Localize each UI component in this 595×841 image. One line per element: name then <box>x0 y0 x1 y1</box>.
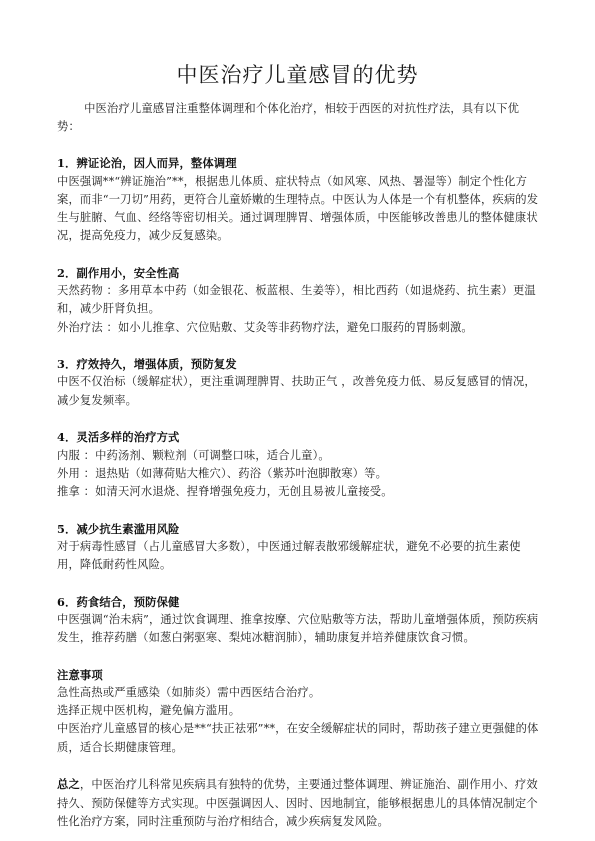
section-heading: 5．减少抗生素滥用风险 <box>57 520 541 538</box>
section-line: 内服 ：中药汤剂、颗粒剂（可调整口味，适合儿童）。 <box>57 447 541 465</box>
section-line: 急性高热或严重感染（如肺炎）需中西医结合治疗。 <box>57 684 541 702</box>
section-line: 外用 ：退热贴（如薄荷贴大椎穴）、药浴（紫苏叶泡脚散寒）等。 <box>57 465 541 483</box>
section-heading: 1．辨证论治，因人而异，整体调理 <box>57 154 541 172</box>
section-heading: 2．副作用小，安全性高 <box>57 264 541 282</box>
section-heading: 6．药食结合，预防保健 <box>57 593 541 611</box>
section-line: 推拿 ：如清天河水退烧、捏脊增强免疫力，无创且易被儿童接受。 <box>57 483 541 501</box>
section-antibiotics: 5．减少抗生素滥用风险 对于病毒性感冒（占儿童感冒大多数），中医通过解表散邪缓解… <box>57 520 541 575</box>
section-safety: 2．副作用小，安全性高 天然药物 ：多用草本中药（如金银花、板蓝根、生姜等），相… <box>57 264 541 337</box>
section-line: 天然药物 ：多用草本中药（如金银花、板蓝根、生姜等），相比西药（如退烧药、抗生素… <box>57 282 541 318</box>
section-line: 选择正规中医机构，避免偏方滥用。 <box>57 702 541 720</box>
section-paragraph: 对于病毒性感冒（占儿童感冒大多数），中医通过解表散邪缓解症状，避免不必要的抗生素… <box>57 538 541 574</box>
summary-text: ，中医治疗儿科常见疾病具有独特的优势，主要通过整体调理、辨证施治、副作用小、疗效… <box>57 778 538 827</box>
section-differentiation: 1．辨证论治，因人而异，整体调理 中医强调**“辨证施治”**，根据患儿体质、症… <box>57 154 541 245</box>
section-paragraph: 中医不仅治标（缓解症状），更注重调理脾胃、扶助正气 ，改善免疫力低、易反复感冒的… <box>57 373 541 409</box>
section-paragraph: 中医强调**“辨证施治”**，根据患儿体质、症状特点（如风寒、风热、暑湿等）制定… <box>57 173 541 246</box>
section-paragraph: 中医强调“治未病”，通过饮食调理、推拿按摩、穴位贴敷等方法，帮助儿童增强体质，预… <box>57 611 541 647</box>
section-line: 外治疗法 ：如小儿推拿、穴位贴敷、艾灸等非药物疗法，避免口服药的胃肠刺激。 <box>57 319 541 337</box>
section-line: 中医治疗儿童感冒的核心是**“扶正祛邪”**，在安全缓解症状的同时，帮助孩子建立… <box>57 720 541 756</box>
section-heading: 4．灵活多样的治疗方式 <box>57 428 541 446</box>
document-body: 中医治疗儿童感冒注重整体调理和个体化治疗，相较于西医的对抗性疗法，具有以下优势：… <box>57 100 541 831</box>
intro-paragraph: 中医治疗儿童感冒注重整体调理和个体化治疗，相较于西医的对抗性疗法，具有以下优势： <box>57 100 541 136</box>
section-treatment-methods: 4．灵活多样的治疗方式 内服 ：中药汤剂、颗粒剂（可调整口味，适合儿童）。 外用… <box>57 428 541 501</box>
document-page: 中医治疗儿童感冒的优势 中医治疗儿童感冒注重整体调理和个体化治疗，相较于西医的对… <box>0 0 595 841</box>
section-diet-prevention: 6．药食结合，预防保健 中医强调“治未病”，通过饮食调理、推拿按摩、穴位贴敷等方… <box>57 593 541 648</box>
summary-paragraph: 总之，中医治疗儿科常见疾病具有独特的优势，主要通过整体调理、辨证施治、副作用小、… <box>57 775 541 831</box>
summary-lead: 总之 <box>57 777 80 791</box>
section-heading: 注意事项 <box>57 666 541 684</box>
document-title: 中医治疗儿童感冒的优势 <box>0 60 595 90</box>
section-lasting-effect: 3．疗效持久，增强体质，预防复发 中医不仅治标（缓解症状），更注重调理脾胃、扶助… <box>57 355 541 410</box>
section-heading: 3．疗效持久，增强体质，预防复发 <box>57 355 541 373</box>
section-notes: 注意事项 急性高热或严重感染（如肺炎）需中西医结合治疗。 选择正规中医机构，避免… <box>57 666 541 757</box>
